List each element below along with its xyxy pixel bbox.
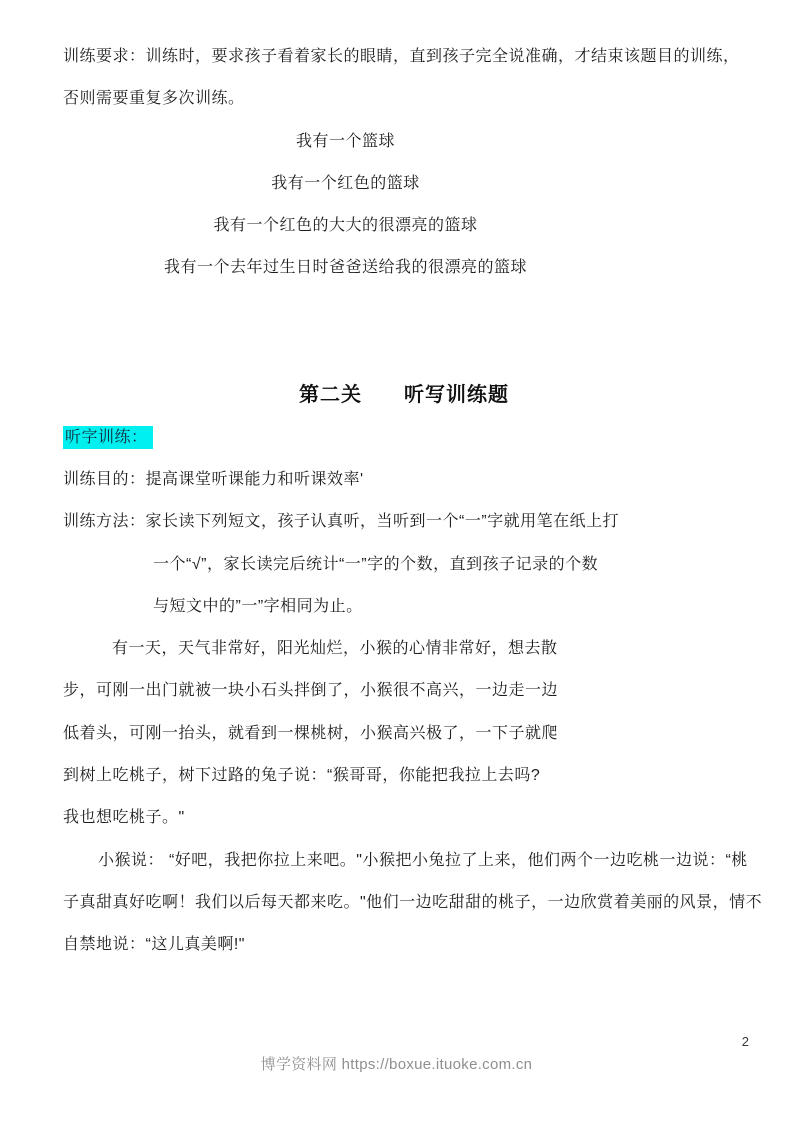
story-paragraph-line: 有一天，天气非常好，阳光灿烂，小猴的心情非常好，想去散 [63,628,745,670]
highlighted-label: 听字训练： [63,426,153,449]
training-requirement-line: 否则需要重复多次训练。 [63,78,745,120]
story-paragraph-line: 子真甜真好吃啊！我们以后每天都来吃。"他们一边吃甜甜的桃子，一边欣赏着美丽的风景… [63,882,745,924]
training-requirement-line: 训练要求：训练时，要求孩子看着家长的眼睛，直到孩子完全说准确，才结束该题目的训练… [63,36,745,78]
story-paragraph-line: 自禁地说：“这儿真美啊!" [63,924,745,966]
story-paragraph-line: 我也想吃桃子。" [63,797,745,839]
highlighted-label-line: 听字训练： [63,417,745,459]
example-sentence: 我有一个去年过生日时爸爸送给我的很漂亮的篮球 [63,247,628,289]
section-heading: 第二关 听写训练题 [63,374,745,416]
story-paragraph-line: 低着头，可刚一抬头，就看到一棵桃树，小猴高兴极了，一下子就爬 [63,713,745,755]
page-number: 2 [742,1034,749,1050]
blank-line [63,332,745,374]
document-body: 训练要求：训练时，要求孩子看着家长的眼睛，直到孩子完全说准确，才结束该题目的训练… [63,36,745,967]
training-method-line: 训练方法：家长读下列短文，孩子认真听，当听到一个“一”字就用笔在纸上打 [63,501,745,543]
blank-line [63,290,745,332]
example-sentence-block: 我有一个篮球 我有一个红色的篮球 我有一个红色的大大的很漂亮的篮球 我有一个去年… [63,121,628,290]
document-page: 训练要求：训练时，要求孩子看着家长的眼睛，直到孩子完全说准确，才结束该题目的训练… [0,0,793,1122]
training-method-line: 一个“√”，家长读完后统计“一”字的个数，直到孩子记录的个数 [63,544,745,586]
training-purpose-line: 训练目的：提高课堂听课能力和听课效率' [63,459,745,501]
training-method-line: 与短文中的”一”字相同为止。 [63,586,745,628]
example-sentence: 我有一个红色的篮球 [63,163,628,205]
footer: 博学资料网 https://boxue.ituoke.com.cn [0,1053,793,1074]
example-sentence: 我有一个篮球 [63,121,628,163]
story-paragraph-line: 步，可刚一出门就被一块小石头拌倒了，小猴很不高兴，一边走一边 [63,670,745,712]
story-paragraph-line: 小猴说： “好吧，我把你拉上来吧。"小猴把小兔拉了上来，他们两个一边吃桃一边说：… [63,840,745,882]
story-paragraph-line: 到树上吃桃子，树下过路的兔子说：“猴哥哥，你能把我拉上去吗? [63,755,745,797]
example-sentence: 我有一个红色的大大的很漂亮的篮球 [63,205,628,247]
footer-site-link[interactable]: 博学资料网 https://boxue.ituoke.com.cn [261,1056,533,1073]
